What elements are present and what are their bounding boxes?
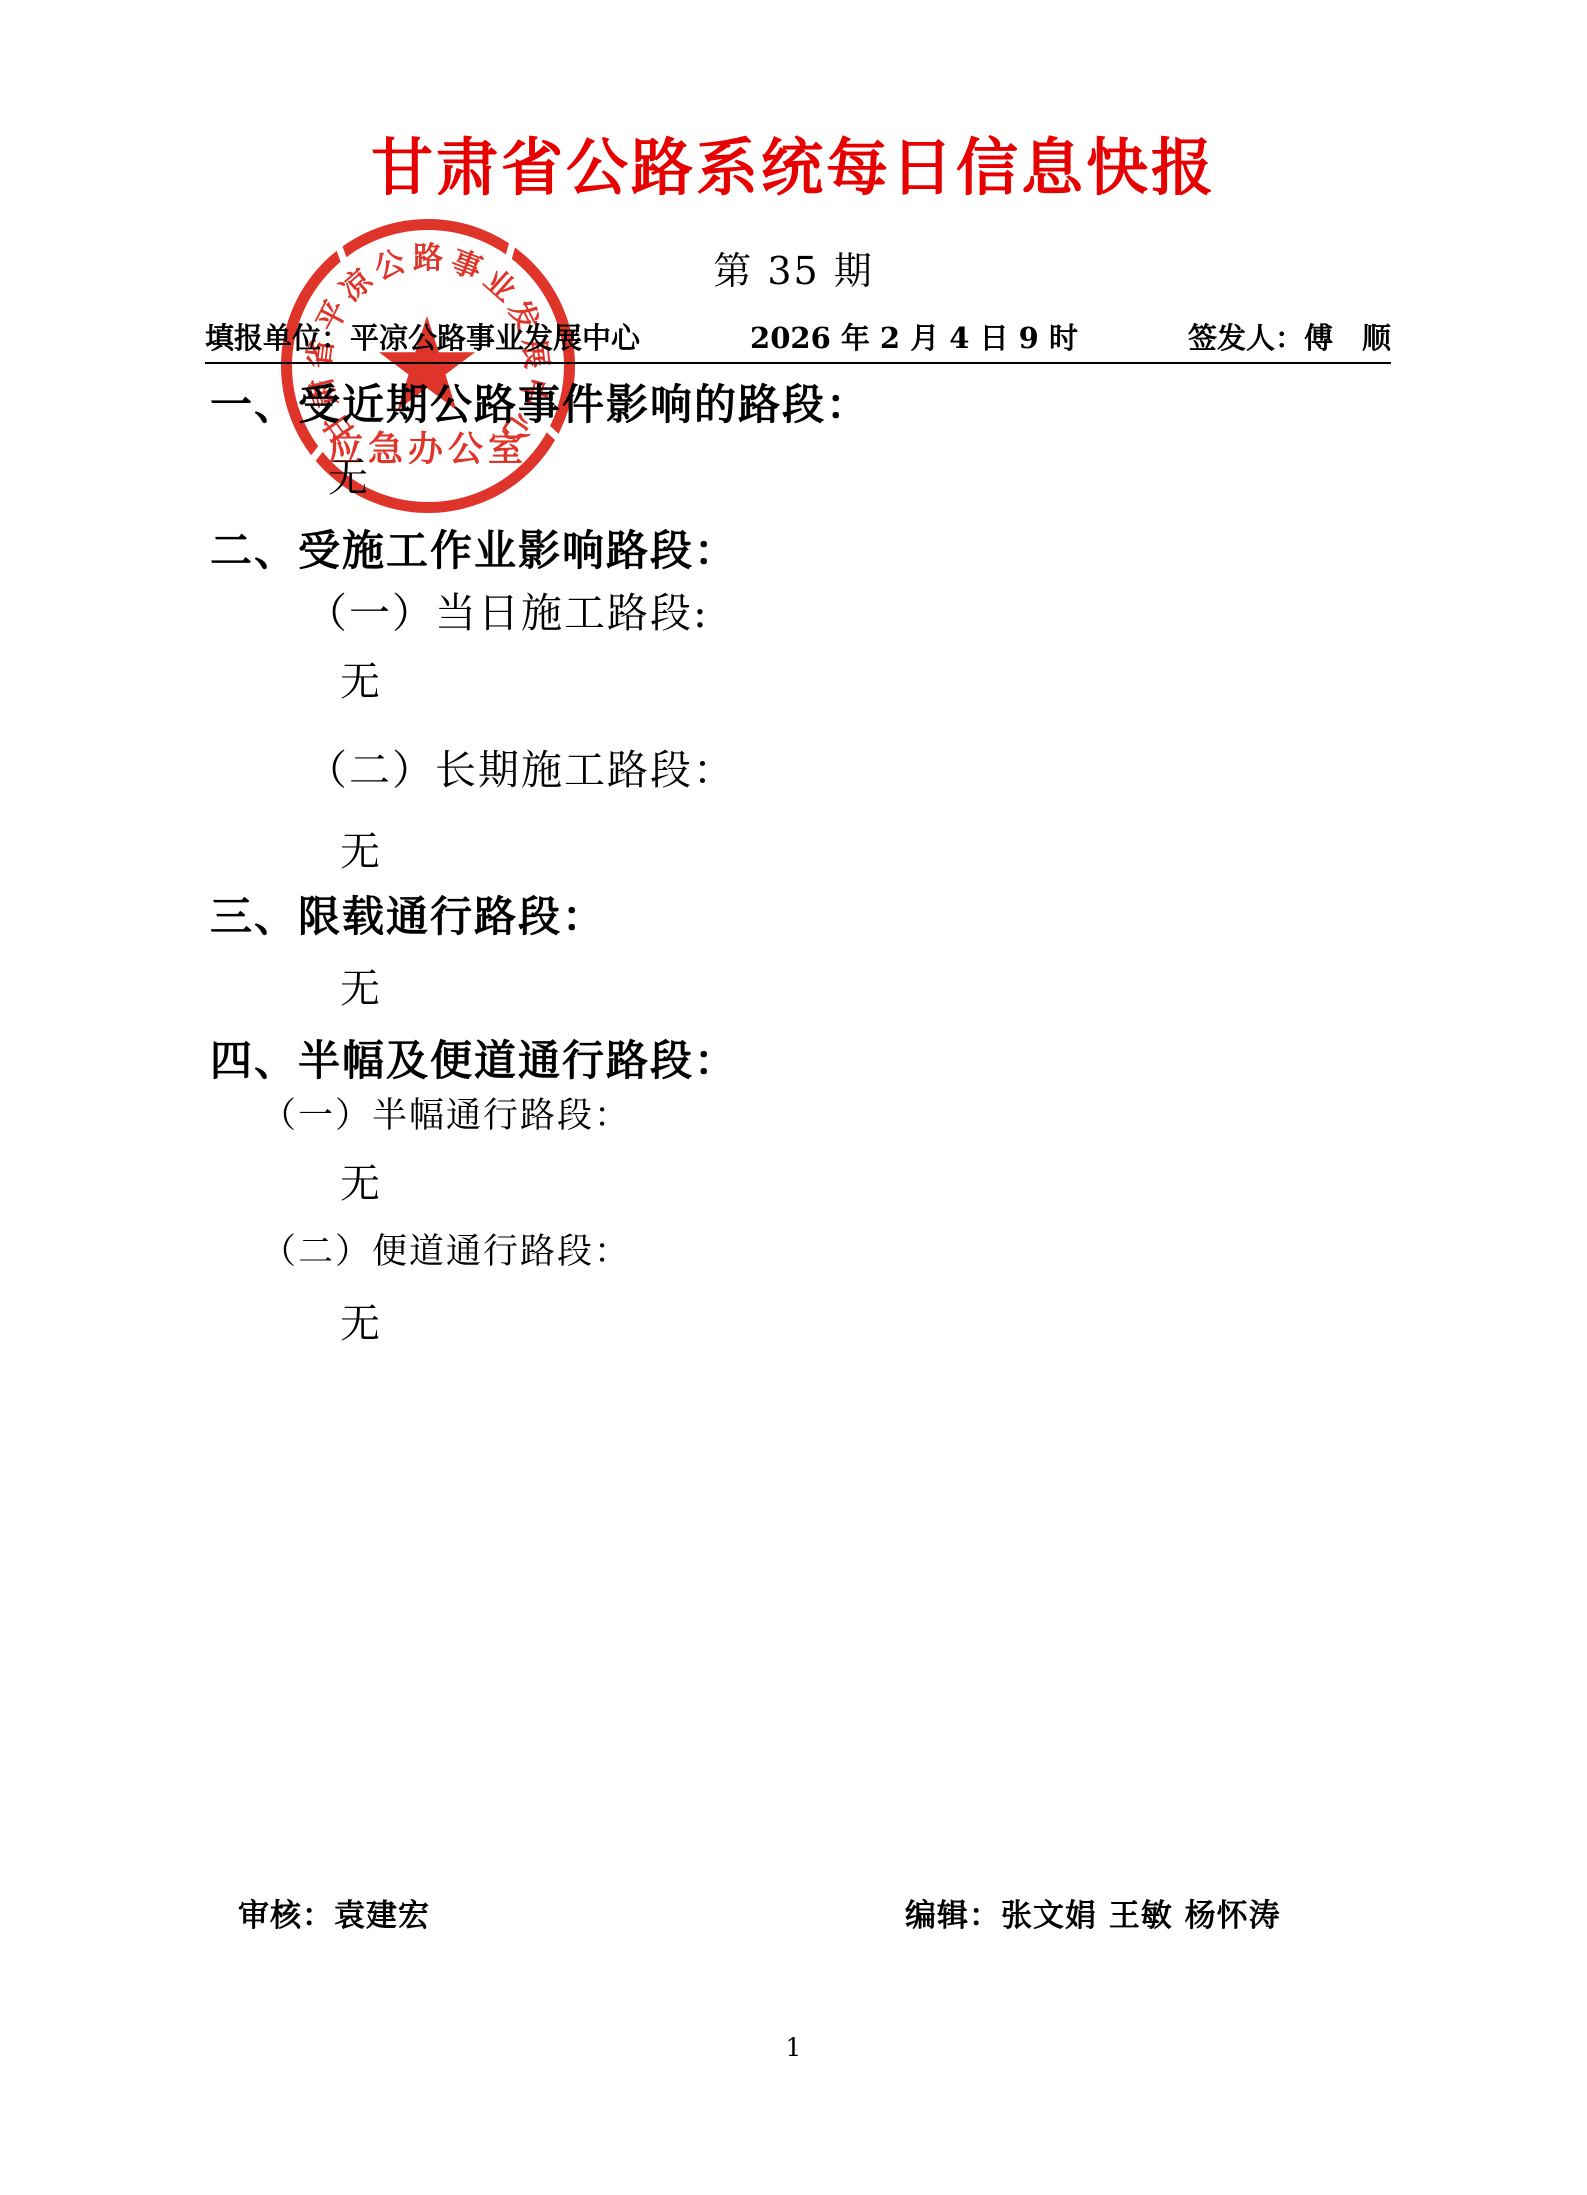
footer-reviewer: 审核：袁建宏: [238, 1890, 430, 1935]
page-title: 甘肃省公路系统每日信息快报: [0, 118, 1587, 207]
section-3-heading: 三、限载通行路段：: [210, 884, 606, 944]
section-3-value: 无: [340, 957, 381, 1014]
stamp-wear-notch: [307, 438, 330, 464]
report-datetime: 2026 年 2 月 4 日 9 时: [750, 320, 1078, 356]
section-4b-heading: （二）便道通行路段：: [261, 1224, 631, 1274]
section-2b-heading: （二）长期施工路段：: [306, 737, 736, 796]
section-4-heading: 四、半幅及便道通行路段：: [210, 1028, 738, 1088]
section-2-heading: 二、受施工作业影响路段：: [210, 518, 738, 578]
document-page: { "colors": { "title_red": "#e60000", "s…: [0, 0, 1587, 2195]
section-4b-value: 无: [340, 1292, 381, 1349]
issuer: 签发人：傅 顺: [1188, 320, 1391, 356]
section-2a-heading: （一）当日施工路段:: [306, 580, 709, 639]
section-1-heading: 一、受近期公路事件影响的路段：: [210, 372, 870, 432]
footer-editors: 编辑：张文娟 王敏 杨怀涛: [905, 1890, 1281, 1935]
issue-number: 第 35 期: [0, 240, 1587, 295]
report-info-line: 填报单位：平凉公路事业发展中心 2026 年 2 月 4 日 9 时 签发人：傅…: [205, 320, 1391, 364]
page-number: 1: [0, 2033, 1587, 2062]
section-1-value: 无: [328, 446, 369, 503]
section-2a-value: 无: [340, 650, 381, 707]
reporting-unit: 填报单位：平凉公路事业发展中心: [205, 320, 640, 356]
section-4a-value: 无: [340, 1152, 381, 1209]
section-2b-value: 无: [340, 820, 381, 877]
section-4a-heading: （一）半幅通行路段：: [261, 1088, 631, 1138]
